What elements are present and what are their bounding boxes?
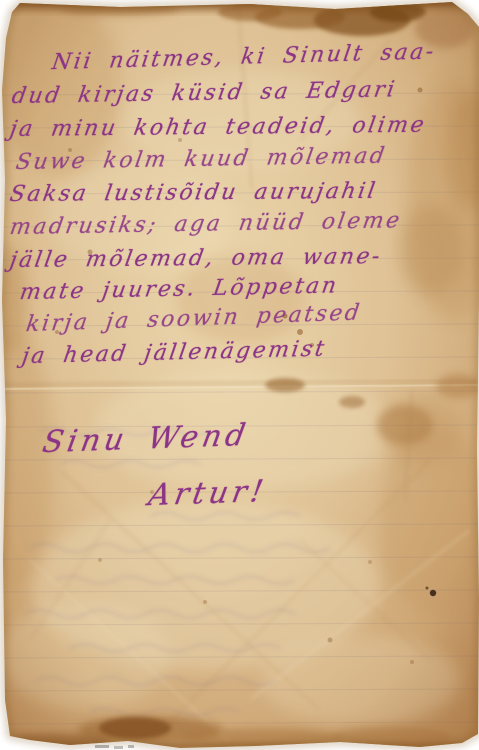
handwriting-line: jälle mõlemad, oma wane- — [8, 244, 384, 273]
signature-name: Artur! — [146, 474, 270, 513]
handwriting-line: ja minu kohta teadeid, olime — [8, 113, 428, 142]
signature-closing: Sinu Wend — [40, 418, 252, 460]
scanner-debris — [95, 745, 134, 749]
handwriting-line: Saksa lustisõidu aurujahil — [8, 179, 379, 207]
letter-scan: Nii näitmes, ki Sinult saa- dud kirjas k… — [0, 0, 479, 750]
